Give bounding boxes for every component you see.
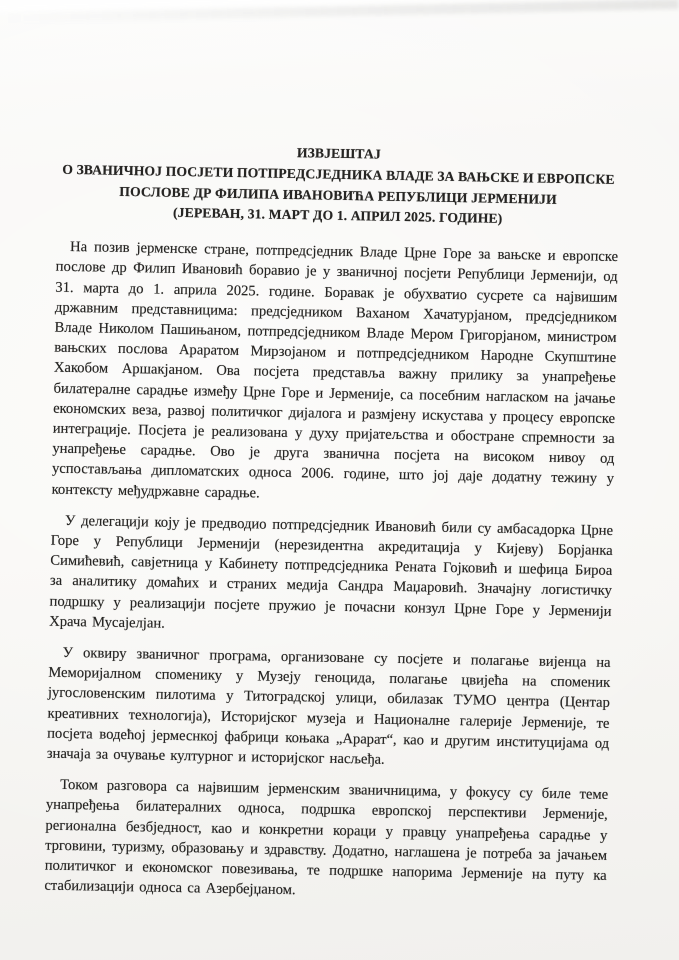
scanned-document-page: ИЗВЈЕШТАЈ О ЗВАНИЧНОЈ ПОСЈЕТИ ПОТПРЕДСЈЕ… [0,0,679,960]
report-title: ИЗВЈЕШТАЈ О ЗВАНИЧНОЈ ПОСЈЕТИ ПОТПРЕДСЈЕ… [57,139,620,232]
body-paragraph-3: У оквиру званичног програма, организован… [47,643,611,774]
body-paragraph-4: Током разговора са највишим јерменским з… [44,775,608,906]
document-content: ИЗВЈЕШТАЈ О ЗВАНИЧНОЈ ПОСЈЕТИ ПОТПРЕДСЈЕ… [44,139,620,918]
body-paragraph-1: На позив јерменске стране, потпредсједни… [51,237,618,510]
body-paragraph-2: У делегацији коју је предводио потпредсј… [49,510,613,641]
